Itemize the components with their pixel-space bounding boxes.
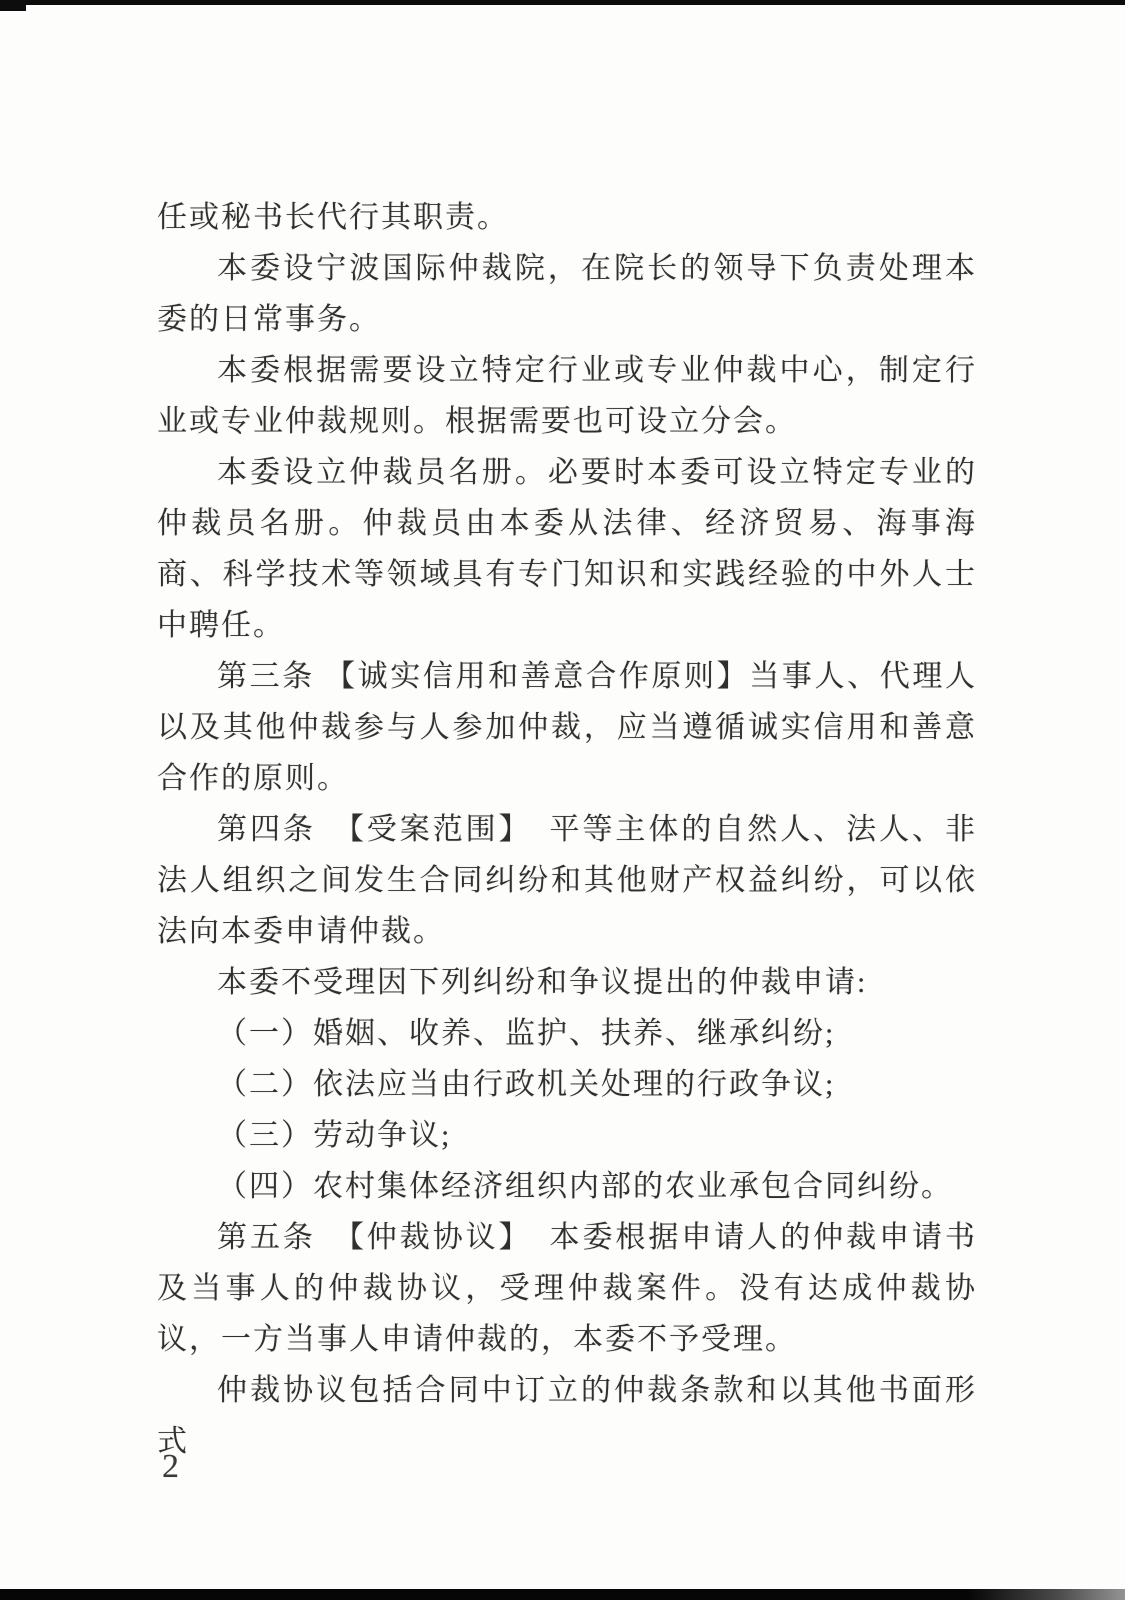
scan-edge-top-corner [0, 0, 26, 11]
paragraph: 仲裁协议包括合同中订立的仲裁条款和以其他书面形式 [157, 1365, 977, 1467]
paragraph: 第五条 【仲裁协议】 本委根据申请人的仲裁申请书及当事人的仲裁协议，受理仲裁案件… [157, 1212, 977, 1365]
paragraph: （四）农村集体经济组织内部的农业承包合同纠纷。 [157, 1161, 977, 1212]
paragraph: 本委根据需要设立特定行业或专业仲裁中心，制定行业或专业仲裁规则。根据需要也可设立… [157, 345, 977, 447]
paragraph: 第四条 【受案范围】 平等主体的自然人、法人、非法人组织之间发生合同纠纷和其他财… [157, 804, 977, 957]
paragraph: （二）依法应当由行政机关处理的行政争议; [157, 1059, 977, 1110]
paragraph: 第三条 【诚实信用和善意合作原则】当事人、代理人以及其他仲裁参与人参加仲裁，应当… [157, 651, 977, 804]
paragraph: 本委设立仲裁员名册。必要时本委可设立特定专业的仲裁员名册。仲裁员由本委从法律、经… [157, 447, 977, 651]
paragraph: 本委不受理因下列纠纷和争议提出的仲裁申请: [157, 957, 977, 1008]
paragraph: （三）劳动争议; [157, 1110, 977, 1161]
scan-edge-bottom [0, 1589, 1125, 1600]
paragraph: 本委设宁波国际仲裁院，在院长的领导下负责处理本委的日常事务。 [157, 243, 977, 345]
document-body: 任或秘书长代行其职责。本委设宁波国际仲裁院，在院长的领导下负责处理本委的日常事务… [157, 192, 977, 1467]
paragraph: 任或秘书长代行其职责。 [157, 192, 977, 243]
paragraph: （一）婚姻、收养、监护、扶养、继承纠纷; [157, 1008, 977, 1059]
scanned-document-page: 任或秘书长代行其职责。本委设宁波国际仲裁院，在院长的领导下负责处理本委的日常事务… [0, 0, 1125, 1600]
page-number: 2 [162, 1447, 179, 1487]
scan-edge-top [0, 0, 1125, 5]
